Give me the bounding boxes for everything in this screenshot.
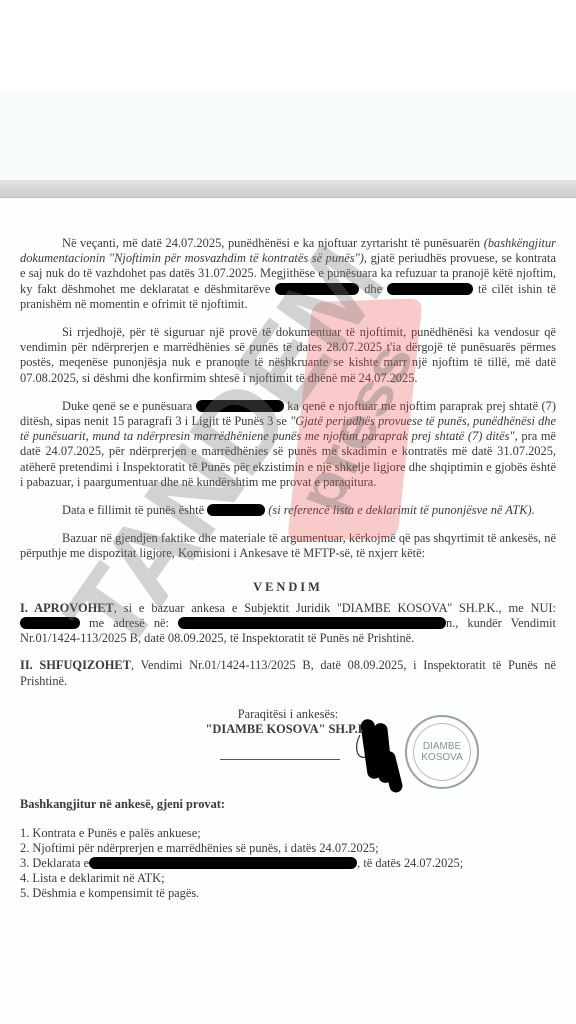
list-item: 4. Lista e deklarimit në ATK;: [20, 871, 556, 886]
redaction-bar: [207, 504, 265, 516]
attachments-title: Bashkangjitur në ankesë, gjeni provat:: [20, 797, 556, 812]
decision-item-approve: I. APROVOHET, si e bazuar ankesa e Subje…: [20, 601, 556, 647]
signature-block: Paraqitësi i ankesës: "DIAMBE KOSOVA" SH…: [20, 707, 556, 793]
redaction-bar: [387, 283, 473, 295]
paragraph-start-date: Data e fillimit të punës është (si refer…: [20, 503, 556, 518]
list-item: 2. Njoftimi për ndërprerjen e marrëdhëni…: [20, 841, 556, 856]
paragraph-notification: Në veçanti, më datë 24.07.2025, punëdhën…: [20, 236, 556, 312]
decision-title: VENDIM: [20, 580, 556, 595]
top-blank-area: [0, 0, 576, 92]
redaction-bar: [89, 857, 357, 869]
redacted-signature-icon: [350, 715, 410, 795]
redaction-bar: [178, 617, 446, 629]
list-item: 5. Dëshmia e kompensimit të pagës.: [20, 886, 556, 901]
attachments-list: 1. Kontrata e Punës e palës ankuese; 2. …: [20, 826, 556, 901]
signature-line: [220, 759, 340, 760]
signature-label: Paraqitësi i ankesës:: [20, 707, 556, 722]
list-item: 3. Deklarata e, të datës 24.07.2025;: [20, 856, 556, 871]
paragraph-request: Bazuar në gjendjen faktike dhe materiale…: [20, 531, 556, 561]
signature-company: "DIAMBE KOSOVA" SH.P.K.: [20, 722, 556, 737]
page-separator: [0, 180, 576, 198]
paragraph-consequence: Si rrjedhojë, për të siguruar një provë …: [20, 325, 556, 386]
previous-page-fragment: [0, 92, 576, 180]
redaction-bar: [196, 400, 284, 412]
redaction-bar: [20, 617, 80, 629]
paragraph-legal-basis: Duke qenë se e punësuara ka qenë e njoft…: [20, 399, 556, 490]
list-item: 1. Kontrata e Punës e palës ankuese;: [20, 826, 556, 841]
redaction-bar: [275, 283, 359, 295]
document-body: Në veçanti, më datë 24.07.2025, punëdhën…: [20, 236, 556, 901]
company-stamp-icon: DIAMBE KOSOVA: [405, 715, 479, 789]
decision-item-annul: II. SHFUQIZOHET, Vendimi Nr.01/1424-113/…: [20, 658, 556, 688]
